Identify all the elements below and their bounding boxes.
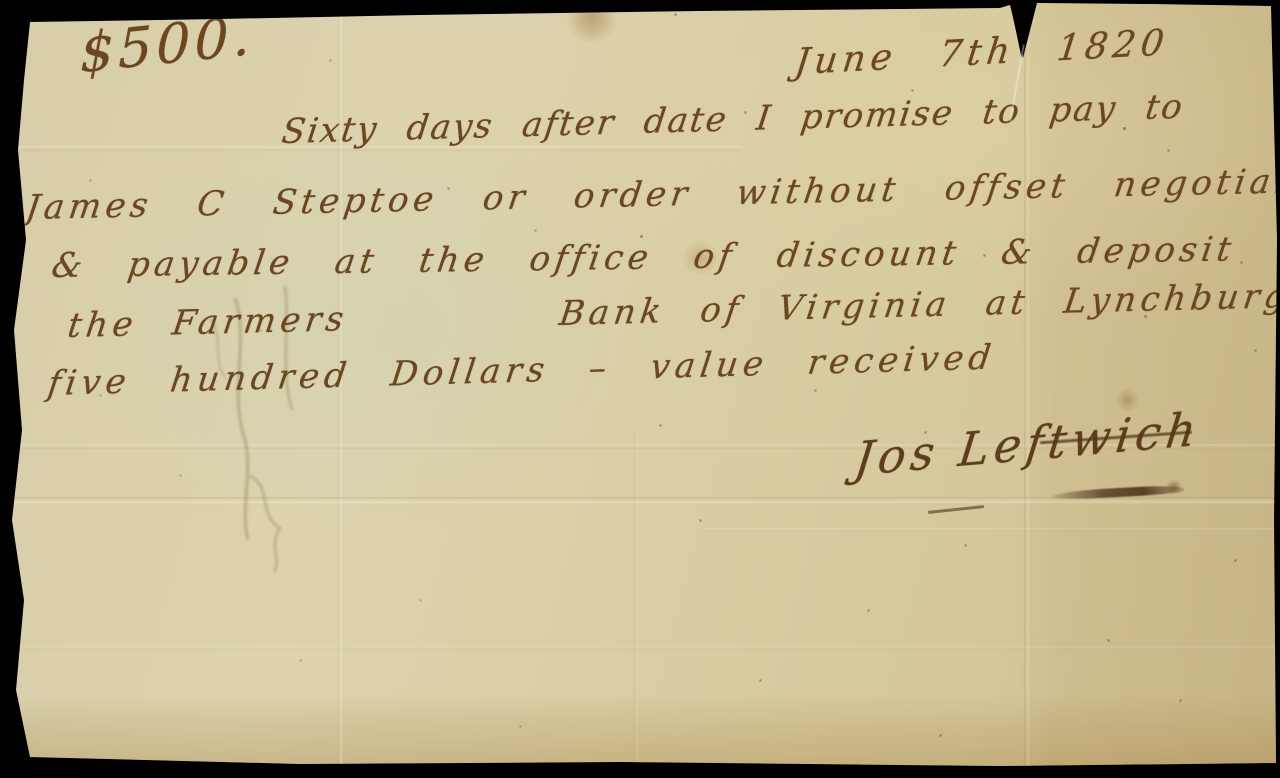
payable-line: & payable at the office of discount & de…	[49, 228, 1280, 286]
promise-line: Sixty days after date I promise to pay t…	[279, 87, 1186, 152]
payee-line: James C Steptoe or order without offset …	[23, 160, 1280, 228]
date-line: June 7th 1820	[792, 22, 1171, 83]
signature: Jos Leftwich	[852, 401, 1205, 486]
signature-underline-dash	[928, 505, 984, 513]
signature-flourish-smudge	[1052, 485, 1184, 501]
horizontal-fold-crease-middle-right	[704, 528, 1280, 532]
sum-line: five hundred Dollars – value received	[45, 337, 998, 404]
scan-background: $500. June 7th 1820 Sixty days after dat…	[0, 0, 1280, 778]
horizontal-fold-crease-lower	[0, 646, 1280, 650]
foxing-specks	[0, 0, 1, 1]
amount-figure: $500.	[80, 4, 254, 86]
note-paper: $500. June 7th 1820 Sixty days after dat…	[0, 0, 1280, 778]
vertical-fold-crease-center	[634, 430, 639, 778]
